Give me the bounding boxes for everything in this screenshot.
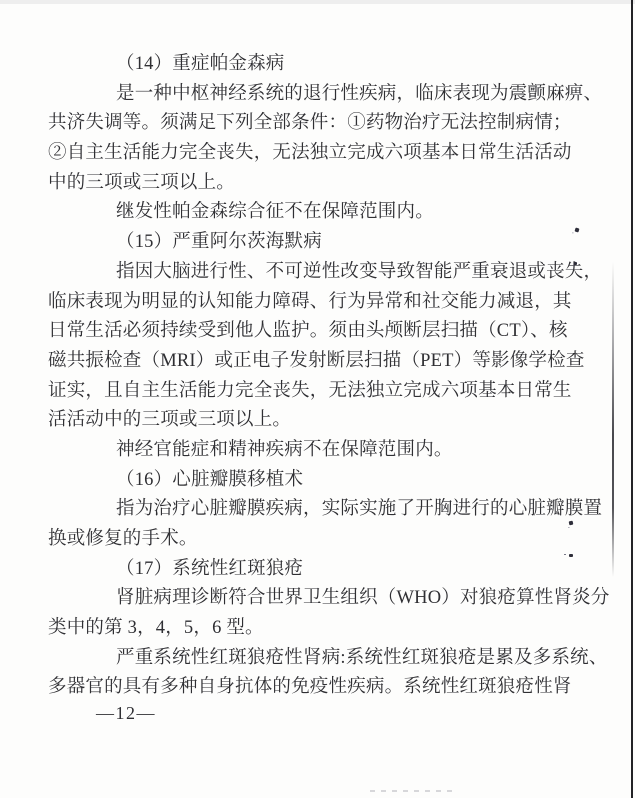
scan-smudge bbox=[370, 790, 452, 792]
text-line: 磁共振检查（MRI）或正电子发射断层扫描（PET）等影像学检查 bbox=[48, 347, 564, 377]
text-line: 类中的第 3，4，5，6 型。 bbox=[48, 614, 564, 644]
text-line: 是一种中枢神经系统的退行性疾病，临床表现为震颤麻痹、 bbox=[48, 80, 564, 110]
text-line: 证实，且自主生活能力完全丧失，无法独立完成六项基本日常生 bbox=[48, 377, 564, 407]
document-text-block: （14）重症帕金森病 是一种中枢神经系统的退行性疾病，临床表现为震颤麻痹、 共济… bbox=[48, 50, 564, 703]
scan-top-edge bbox=[0, 0, 635, 4]
ink-speck bbox=[569, 521, 574, 526]
scan-fold-line bbox=[612, 262, 614, 577]
clause-heading-16: （16）心脏瓣膜移植术 bbox=[48, 466, 564, 496]
text-line: 共济失调等。须满足下列全部条件：①药物治疗无法控制病情； bbox=[48, 109, 564, 139]
text-line: 严重系统性红斑狼疮性肾病:系统性红斑狼疮是累及多系统、 bbox=[48, 644, 564, 674]
clause-heading-14: （14）重症帕金森病 bbox=[48, 50, 564, 80]
clause-heading-15: （15）严重阿尔茨海默病 bbox=[48, 228, 564, 258]
text-line: ②自主生活能力完全丧失，无法独立完成六项基本日常生活活动 bbox=[48, 139, 564, 169]
text-line: 日常生活必须持续受到他人监护。须由头颅断层扫描（CT）、核 bbox=[48, 317, 564, 347]
text-line: 活活动中的三项或三项以上。 bbox=[48, 406, 564, 436]
text-line: 继发性帕金森综合征不在保障范围内。 bbox=[48, 198, 564, 228]
page-number: —12— bbox=[96, 703, 156, 724]
text-line: 肾脏病理诊断符合世界卫生组织（WHO）对狼疮算性肾炎分 bbox=[48, 584, 564, 614]
text-line: 换或修复的手术。 bbox=[48, 525, 564, 555]
text-line: 临床表现为明显的认知能力障碍、行为异常和社交能力减退，其 bbox=[48, 288, 564, 318]
scanned-document-page: （14）重症帕金森病 是一种中枢神经系统的退行性疾病，临床表现为震颤麻痹、 共济… bbox=[0, 0, 635, 798]
text-line: 中的三项或三项以上。 bbox=[48, 169, 564, 199]
text-line: 多器官的具有多种自身抗体的免疫性疾病。系统性红斑狼疮性肾 bbox=[48, 673, 564, 703]
ink-speck bbox=[574, 227, 579, 232]
ink-speck bbox=[574, 262, 577, 265]
text-line: 神经官能症和精神疾病不在保障范围内。 bbox=[48, 436, 564, 466]
scan-edge-line bbox=[631, 0, 633, 798]
text-line: 指因大脑进行性、不可逆性改变导致智能严重衰退或丧失， bbox=[48, 258, 564, 288]
clause-heading-17: （17）系统性红斑狼疮 bbox=[48, 555, 564, 585]
ink-speck bbox=[569, 554, 573, 557]
text-line: 指为治疗心脏瓣膜疾病，实际实施了开胸进行的心脏瓣膜置 bbox=[48, 495, 564, 525]
